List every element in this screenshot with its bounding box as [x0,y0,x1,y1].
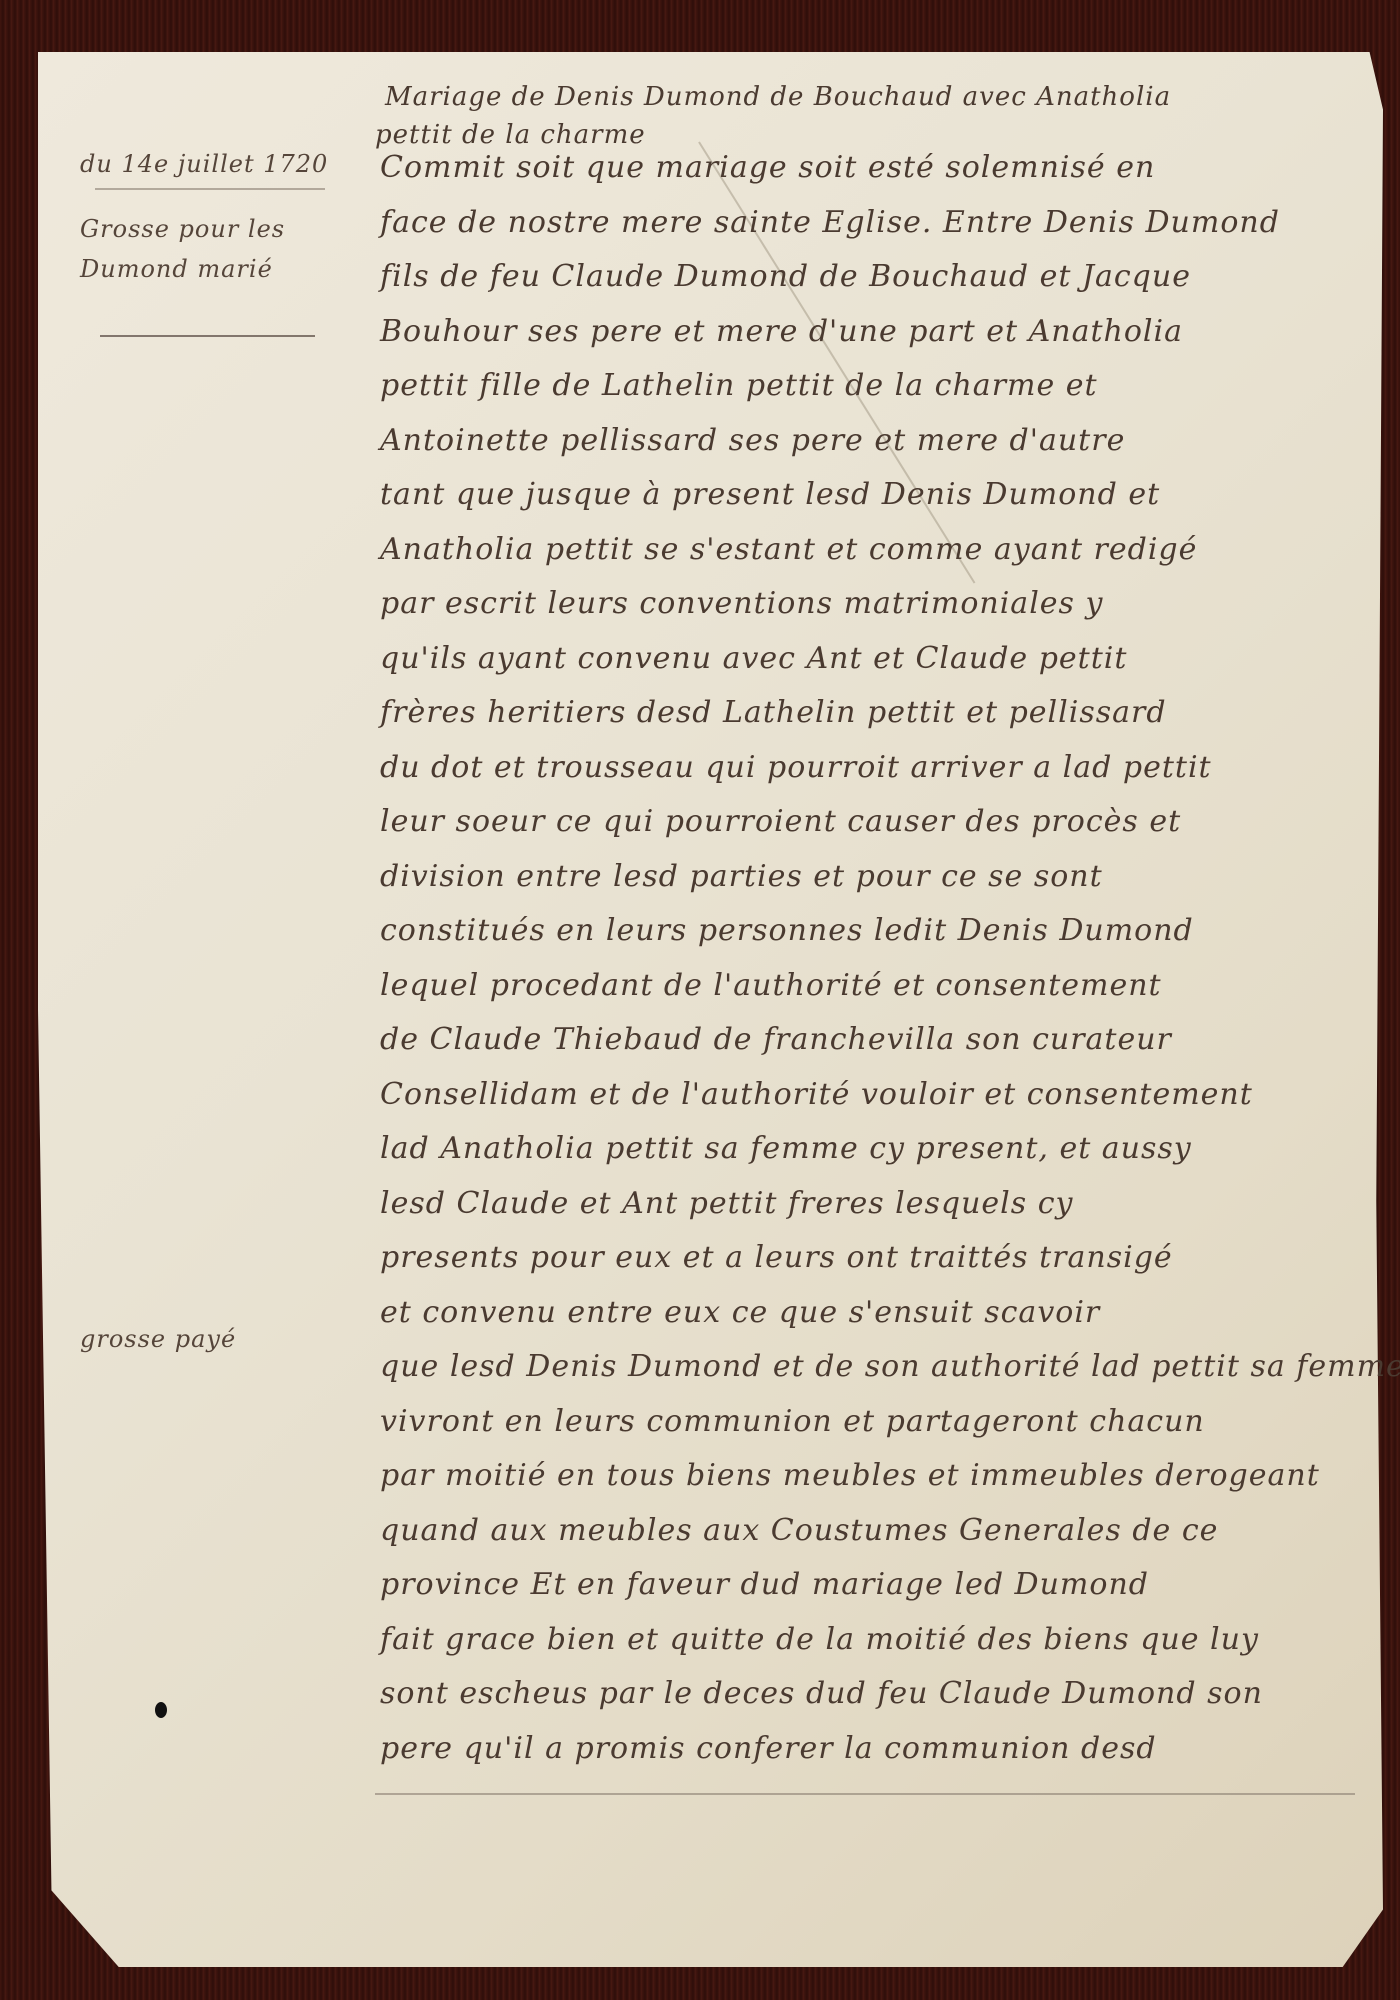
margin-note: Dumond marié [80,255,273,283]
margin-rule [100,335,315,337]
manuscript-line: de Claude Thiebaud de franchevilla son c… [380,1022,1172,1057]
manuscript-line: sont escheus par le deces dud feu Claude… [380,1676,1263,1711]
manuscript-line: lequel procedant de l'authorité et conse… [380,968,1162,1003]
manuscript-line: fait grace bien et quitte de la moitié d… [380,1622,1259,1657]
manuscript-line: que lesd Denis Dumond et de son authorit… [380,1349,1400,1384]
heading-line: Mariage de Denis Dumond de Bouchaud avec… [385,82,1171,112]
manuscript-line: pere qu'il a promis conferer la communio… [380,1731,1157,1766]
manuscript-line: par escrit leurs conventions matrimonial… [380,586,1103,621]
manuscript-line: Antoinette pellissard ses pere et mere d… [380,423,1125,458]
paper-hole [155,1702,167,1718]
manuscript-line: quand aux meubles aux Coustumes Generale… [380,1513,1218,1548]
margin-note: Grosse pour les [80,215,285,243]
manuscript-line: lesd Claude et Ant pettit freres lesquel… [380,1186,1073,1221]
manuscript-line: constitués en leurs personnes ledit Deni… [380,913,1194,948]
margin-rule [95,188,325,190]
manuscript-line: pettit fille de Lathelin pettit de la ch… [380,368,1098,403]
manuscript-line: par moitié en tous biens meubles et imme… [380,1458,1320,1493]
manuscript-line: frères heritiers desd Lathelin pettit et… [380,695,1167,730]
manuscript-line: du dot et trousseau qui pourroit arriver… [380,750,1212,785]
manuscript-line: qu'ils ayant convenu avec Ant et Claude … [380,641,1127,676]
manuscript-line: Commit soit que mariage soit esté solemn… [380,150,1155,185]
manuscript-line: division entre lesd parties et pour ce s… [380,859,1103,894]
manuscript-line: face de nostre mere sainte Eglise. Entre… [380,205,1280,240]
manuscript-line: vivront en leurs communion et partageron… [380,1404,1205,1439]
manuscript-line: presents pour eux et a leurs ont traitté… [380,1240,1173,1275]
manuscript-line: Bouhour ses pere et mere d'une part et A… [380,314,1183,349]
closing-rule [375,1793,1355,1795]
manuscript-line: lad Anatholia pettit sa femme cy present… [380,1131,1192,1166]
manuscript-line: leur soeur ce qui pourroient causer des … [380,804,1181,839]
manuscript-line: province Et en faveur dud mariage led Du… [380,1567,1149,1602]
manuscript-line: Anatholia pettit se s'estant et comme ay… [380,532,1197,567]
margin-note: du 14e juillet 1720 [80,150,328,178]
manuscript-line: et convenu entre eux ce que s'ensuit sca… [380,1295,1100,1330]
heading-line: pettit de la charme [375,120,646,150]
manuscript-line: tant que jusque à present lesd Denis Dum… [380,477,1160,512]
manuscript-line: fils de feu Claude Dumond de Bouchaud et… [380,259,1191,294]
margin-note: grosse payé [80,1325,236,1353]
manuscript-line: Consellidam et de l'authorité vouloir et… [380,1077,1253,1112]
